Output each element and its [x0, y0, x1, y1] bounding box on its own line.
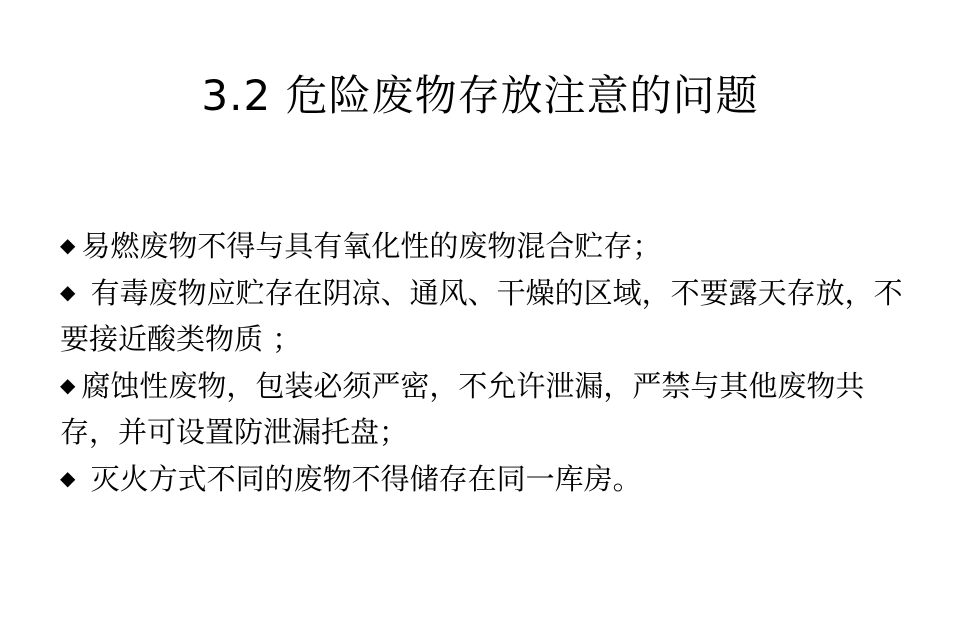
slide-title: 3.2 危险废物存放注意的问题: [0, 68, 960, 124]
bullet-text: 灭火方式不同的废物不得储存在同一库房。: [81, 462, 641, 496]
bullet-text: 有毒废物应贮存在阴凉、通风、干燥的区域，不要露天存放，不要接近酸类物质 ；: [60, 276, 903, 356]
bullet-item: ◆易燃废物不得与具有氧化性的废物混合贮存；: [60, 222, 910, 269]
bullet-item: ◆ 灭火方式不同的废物不得储存在同一库房。: [60, 455, 910, 502]
diamond-bullet-icon: ◆: [60, 222, 75, 268]
bullet-list: ◆易燃废物不得与具有氧化性的废物混合贮存； ◆ 有毒废物应贮存在阴凉、通风、干燥…: [60, 222, 910, 502]
diamond-bullet-icon: ◆: [60, 269, 75, 315]
bullet-text: 腐蚀性废物，包装必须严密，不允许泄漏，严禁与其他废物共存，并可设置防泄漏托盘；: [60, 369, 864, 449]
diamond-bullet-icon: ◆: [60, 455, 75, 501]
bullet-item: ◆ 有毒废物应贮存在阴凉、通风、干燥的区域，不要露天存放，不要接近酸类物质 ；: [60, 269, 910, 362]
bullet-item: ◆腐蚀性废物，包装必须严密，不允许泄漏，严禁与其他废物共存，并可设置防泄漏托盘；: [60, 362, 910, 455]
bullet-text: 易燃废物不得与具有氧化性的废物混合贮存；: [81, 229, 661, 263]
diamond-bullet-icon: ◆: [60, 362, 75, 408]
